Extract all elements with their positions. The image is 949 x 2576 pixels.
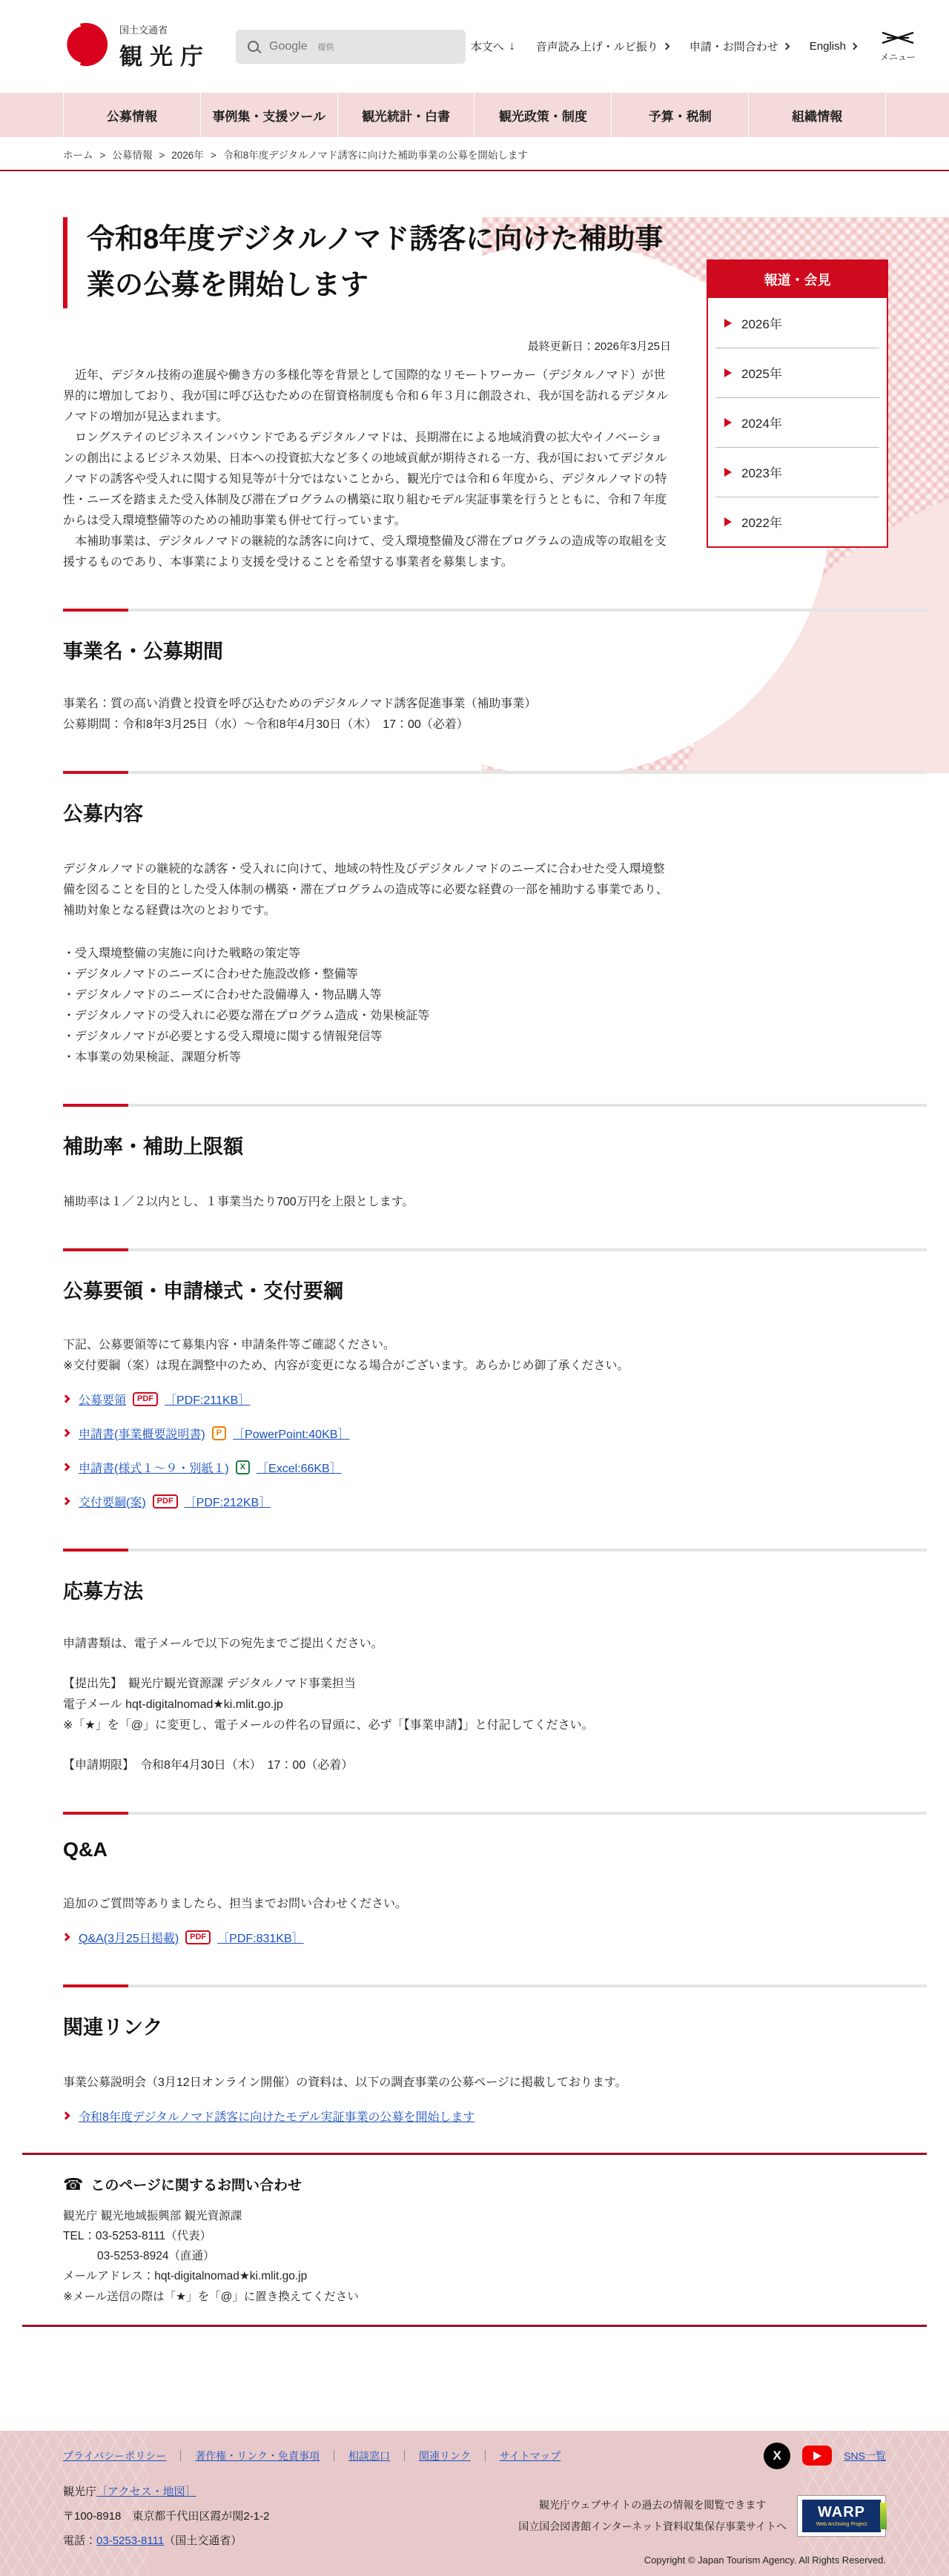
contact-box: ☎ このページに関するお問い合わせ 観光庁 観光地域振興部 観光資源課 TEL：… xyxy=(22,2153,927,2327)
main-nav: 公募情報 事例集・支援ツール 観光統計・白書 観光政策・制度 予算・税制 組織情… xyxy=(0,93,949,137)
content-area: 報道・会見 2026年 2025年 2024年 2023年 2022年 令和8年… xyxy=(0,217,949,2135)
site-header: 国土交通省 観光庁 Google 提供 本文へ ↓ 音声読み上げ・ルビ振り 申請… xyxy=(0,0,949,93)
site-footer: プライバシーポリシー 著作権・リンク・免責事項 相談窓口 関連リンク サイトマッ… xyxy=(0,2431,949,2576)
search-input[interactable]: Google 提供 xyxy=(236,30,466,64)
contact-title-row: ☎ このページに関するお問い合わせ xyxy=(63,2174,886,2194)
intro-paragraphs: 近年、デジタル技術の進展や働き方の多様化等を背景として国際的なリモートワーカー（… xyxy=(63,365,671,573)
related-link[interactable]: 令和8年度デジタルノマド誘客に向けたモデル実証事業の公募を開始します xyxy=(79,2108,475,2125)
footer-postal-address: 〒100-8918 東京都千代田区霞が関2-1-2 xyxy=(63,2504,269,2529)
related-text: 事業公募説明会（3月12日オンライン開催）の資料は、以下の調査事業の公募ページに… xyxy=(63,2073,671,2093)
footer-links-row: プライバシーポリシー 著作権・リンク・免責事項 相談窓口 関連リンク サイトマッ… xyxy=(63,2443,886,2469)
menu-icon xyxy=(881,30,915,48)
agency-name-small: 国土交通省 xyxy=(119,22,211,36)
related-link-row: 令和8年度デジタルノマド誘客に向けたモデル実証事業の公募を開始します xyxy=(63,2104,671,2128)
contact-title: このページに関するお問い合わせ xyxy=(90,2174,302,2194)
apply-line: 電子メール hqt-digitalnomad★ki.mlit.go.jp xyxy=(63,1695,671,1715)
section-divider xyxy=(63,1984,927,1987)
chevron-right-icon xyxy=(62,1933,70,1941)
breadcrumb-rule xyxy=(0,170,949,171)
nav-item-yosan[interactable]: 予算・税制 xyxy=(612,93,749,137)
sns-list-link[interactable]: SNS一覧 xyxy=(844,2448,886,2463)
section-title-content: 公募内容 xyxy=(63,798,671,827)
triangle-icon xyxy=(724,368,732,377)
doc-link-size[interactable]: ［PDF:212KB］ xyxy=(185,1493,271,1510)
search-icon xyxy=(248,41,259,52)
nav-item-soshiki[interactable]: 組織情報 xyxy=(749,93,886,137)
footer-copyright: Copyright © Japan Tourism Agency. All Ri… xyxy=(63,2555,886,2566)
menu-label: メニュー xyxy=(880,50,916,63)
bullet-item: ・デジタルノマドのニーズに合わせた施設改修・整備等 xyxy=(63,964,671,985)
breadcrumb-current: 令和8年度デジタルノマド誘客に向けた補助事業の公募を開始します xyxy=(223,150,528,161)
section-title-qa: Q&A xyxy=(63,1838,671,1861)
doc-link-yoshiki[interactable]: 申請書(様式１～９・別紙１) xyxy=(79,1459,229,1476)
access-map-link[interactable]: ［アクセス・地図］ xyxy=(96,2486,196,2498)
section-title-apply: 応募方法 xyxy=(63,1575,671,1604)
footer-link-privacy[interactable]: プライバシーポリシー xyxy=(63,2448,166,2463)
apply-lines: 申請書類は、電子メールで以下の宛先までご提出ください。 【提出先】 観光庁観光資… xyxy=(63,1634,671,1776)
section-divider xyxy=(63,771,927,774)
contact-email-note: ※メール送信の際は「★」を「@」に置き換えてください xyxy=(63,2287,886,2307)
qa-link[interactable]: Q&A(3月25日掲載) xyxy=(79,1929,179,1946)
footer-separator xyxy=(485,2450,486,2461)
footer-separator xyxy=(404,2450,405,2461)
agency-logo-icon xyxy=(63,21,109,71)
section-title-docs: 公募要領・申請様式・交付要綱 xyxy=(63,1275,671,1304)
nav-item-koubo[interactable]: 公募情報 xyxy=(63,93,201,137)
doc-link-row: 申請書(様式１～９・別紙１) X ［Excel:66KB］ xyxy=(63,1455,671,1479)
doc-link-row: 申請書(事業概要説明書) P ［PowerPoint:40KB］ xyxy=(63,1421,671,1445)
footer-link-copyright-policy[interactable]: 著作権・リンク・免責事項 xyxy=(195,2448,320,2463)
youtube-icon[interactable] xyxy=(802,2446,832,2466)
footer-address-block: 観光庁［アクセス・地図］ 〒100-8918 東京都千代田区霞が関2-1-2 電… xyxy=(63,2480,269,2553)
breadcrumb-home[interactable]: ホーム xyxy=(63,150,93,161)
doc-link-gaiyou[interactable]: 申請書(事業概要説明書) xyxy=(79,1425,205,1442)
footer-link-related[interactable]: 関連リンク xyxy=(419,2448,471,2463)
contact-tel-main: TEL：03-5253-8111（代表） xyxy=(63,2226,886,2246)
x-twitter-icon[interactable]: X xyxy=(764,2443,790,2469)
doc-link-youryou[interactable]: 公募要領 xyxy=(79,1391,126,1408)
chevron-right-icon xyxy=(62,1428,70,1437)
bullet-item: ・受入環境整備の実施に向けた戦略の策定等 xyxy=(63,944,671,964)
apply-line: 【提出先】 観光庁観光資源課 デジタルノマド事業担当 xyxy=(63,1674,671,1695)
apply-line: 申請書類は、電子メールで以下の宛先までご提出ください。 xyxy=(63,1634,671,1655)
period-line: 公募期間：令和8年3月25日（水）～令和8年4月30日（木） 17：00（必着） xyxy=(63,715,671,735)
footer-tel-line: 電話：03-5253-8111（国土交通省） xyxy=(63,2529,269,2553)
footer-separator xyxy=(334,2450,334,2461)
project-name-line: 事業名：質の高い消費と投資を呼び込むためのデジタルノマド誘客促進事業（補助事業） xyxy=(63,694,671,715)
section-divider xyxy=(63,1248,927,1251)
triangle-icon xyxy=(724,517,732,526)
down-arrow-icon: ↓ xyxy=(509,40,515,53)
nav-item-jirei[interactable]: 事例集・支援ツール xyxy=(201,93,338,137)
bullet-item: ・本事業の効果検証、課題分析等 xyxy=(63,1047,671,1068)
docs-notes: 下記、公募要領等にて募集内容・申請条件等ご確認ください。 ※交付要綱（案）は現在… xyxy=(63,1335,671,1377)
apply-deadline-line: 【申請期限】 令和8年4月30日（木） 17：00（必着） xyxy=(63,1755,671,1776)
pdf-file-icon: PDF xyxy=(185,1930,211,1944)
chevron-right-icon xyxy=(782,43,790,50)
doc-link-row: 公募要領 PDF ［PDF:211KB］ xyxy=(63,1387,671,1411)
sidebar-item-2024[interactable]: 2024年 xyxy=(708,397,887,447)
search-placeholder: Google xyxy=(269,40,308,53)
doc-link-koufu[interactable]: 交付要綱(案) xyxy=(79,1493,146,1510)
warp-logo[interactable]: WARP Web Archiving Project xyxy=(797,2495,886,2537)
footer-sns-group: X SNS一覧 xyxy=(764,2443,886,2469)
warp-logo-inner: WARP Web Archiving Project xyxy=(802,2500,881,2532)
sidebar-item-2023[interactable]: 2023年 xyxy=(708,447,887,497)
footer-separator xyxy=(180,2450,181,2461)
section-divider xyxy=(63,1104,927,1107)
application-contact-link[interactable]: 申請・お問合わせ xyxy=(690,39,789,54)
chevron-right-icon xyxy=(62,1497,70,1505)
doc-link-row: 交付要綱(案) PDF ［PDF:212KB］ xyxy=(63,1489,671,1513)
breadcrumb: ホーム>公募情報>2026年>令和8年度デジタルノマド誘客に向けた補助事業の公募… xyxy=(0,137,949,170)
section-title-related: 関連リンク xyxy=(63,2011,671,2040)
contact-tel-direct: 03-5253-8924（直通） xyxy=(63,2246,886,2266)
content-bullets: ・受入環境整備の実施に向けた戦略の策定等 ・デジタルノマドのニーズに合わせた施設… xyxy=(63,944,671,1068)
section-divider xyxy=(63,1812,927,1815)
section-title-rate: 補助率・補助上限額 xyxy=(63,1130,671,1159)
main-content: 令和8年度デジタルノマド誘客に向けた補助事業の公募を開始します 最終更新日：20… xyxy=(63,217,671,2135)
bullet-item: ・デジタルノマドのニーズに合わせた設備導入・物品購入等 xyxy=(63,985,671,1006)
phone-icon: ☎ xyxy=(63,2175,83,2194)
menu-button[interactable]: メニュー xyxy=(880,30,916,63)
section-title-period: 事業名・公募期間 xyxy=(63,635,671,664)
sidebar-item-2025[interactable]: 2025年 xyxy=(708,348,887,397)
apply-line: ※「★」を「@」に変更し、電子メールの件名の冒頭に、必ず「【事業申請】」と付記し… xyxy=(63,1715,671,1736)
doc-link-size[interactable]: ［PowerPoint:40KB］ xyxy=(233,1425,349,1442)
footer-link-sitemap[interactable]: サイトマップ xyxy=(500,2448,561,2463)
section-divider xyxy=(63,609,927,612)
english-link[interactable]: English xyxy=(810,40,856,53)
chevron-right-icon xyxy=(62,2111,70,2119)
content-paragraph: デジタルノマドの継続的な誘客・受入れに向けて、地域の特性及びデジタルノマドのニー… xyxy=(63,859,671,921)
excel-file-icon: X xyxy=(236,1460,250,1474)
footer-warp-group: 観光庁ウェブサイトの過去の情報を閲覧できます 国立国会図書館インターネット資料収… xyxy=(518,2480,886,2553)
warp-description: 観光庁ウェブサイトの過去の情報を閲覧できます 国立国会図書館インターネット資料収… xyxy=(518,2494,787,2538)
bullet-item: ・デジタルノマドが必要とする受入環境に関する情報発信等 xyxy=(63,1027,671,1047)
skip-to-content-link[interactable]: 本文へ ↓ xyxy=(471,39,515,54)
docs-note: 下記、公募要領等にて募集内容・申請条件等ご確認ください。 xyxy=(63,1335,671,1356)
chevron-right-icon xyxy=(62,1394,70,1403)
pdf-file-icon: PDF xyxy=(133,1392,158,1406)
triangle-icon xyxy=(724,468,732,477)
press-sidebar-title: 報道・会見 xyxy=(708,261,887,298)
period-lines: 事業名：質の高い消費と投資を呼び込むためのデジタルノマド誘客促進事業（補助事業）… xyxy=(63,694,671,735)
contact-lines: 観光庁 観光地域振興部 観光資源課 TEL：03-5253-8111（代表） 0… xyxy=(63,2206,886,2307)
footer-link-consultation[interactable]: 相談窓口 xyxy=(348,2448,390,2463)
triangle-icon xyxy=(724,418,732,427)
bullet-item: ・デジタルノマドの受入れに必要な滞在プログラム造成・効果検証等 xyxy=(63,1006,671,1027)
footer-tel-link[interactable]: 03-5253-8111 xyxy=(96,2534,164,2547)
docs-note: ※交付要綱（案）は現在調整中のため、内容が変更になる場合がございます。あらかじめ… xyxy=(63,1356,671,1377)
agency-logo[interactable]: 国土交通省 観光庁 xyxy=(63,21,211,71)
doc-link-size[interactable]: ［PDF:831KB］ xyxy=(217,1929,304,1946)
section-divider xyxy=(63,1549,927,1552)
breadcrumb-koubo[interactable]: 公募情報 xyxy=(112,150,152,161)
utility-nav: 本文へ ↓ 音声読み上げ・ルビ振り 申請・お問合わせ English メニュー xyxy=(471,30,916,63)
intro-paragraph: 本補助事業は、デジタルノマドの継続的な誘客に向けて、受入環境整備及び滞在プログラ… xyxy=(63,532,671,573)
chevron-right-icon xyxy=(62,1463,70,1471)
intro-paragraph: 近年、デジタル技術の進展や働き方の多様化等を背景として国際的なリモートワーカー（… xyxy=(63,365,671,428)
press-sidebar: 報道・会見 2026年 2025年 2024年 2023年 2022年 xyxy=(707,259,888,548)
agency-name-large: 観光庁 xyxy=(119,44,211,70)
contact-email: メールアドレス：hqt-digitalnomad★ki.mlit.go.jp xyxy=(63,2266,886,2286)
chevron-right-icon xyxy=(850,43,858,50)
doc-link-size[interactable]: ［Excel:66KB］ xyxy=(257,1459,342,1476)
sidebar-item-2026[interactable]: 2026年 xyxy=(708,298,887,348)
page-title: 令和8年度デジタルノマド誘客に向けた補助事業の公募を開始します xyxy=(63,217,671,308)
triangle-icon xyxy=(724,319,732,328)
doc-link-row: Q&A(3月25日掲載) PDF ［PDF:831KB］ xyxy=(63,1925,671,1949)
rate-text: 補助率は１／２以内とし、１事業当たり700万円を上限とします。 xyxy=(63,1192,671,1213)
last-updated: 最終更新日：2026年3月25日 xyxy=(63,338,671,354)
footer-info-row: 観光庁［アクセス・地図］ 〒100-8918 東京都千代田区霞が関2-1-2 電… xyxy=(63,2480,886,2553)
agency-logo-text: 国土交通省 観光庁 xyxy=(119,22,211,71)
search-placeholder-suffix: 提供 xyxy=(318,41,334,53)
doc-link-size[interactable]: ［PDF:211KB］ xyxy=(165,1391,250,1408)
contact-department: 観光庁 観光地域振興部 観光資源課 xyxy=(63,2206,886,2226)
breadcrumb-year[interactable]: 2026年 xyxy=(171,150,204,161)
nav-item-seisaku[interactable]: 観光政策・制度 xyxy=(474,93,612,137)
nav-item-toukei[interactable]: 観光統計・白書 xyxy=(338,93,475,137)
intro-paragraph: ロングステイのビジネスインバウンドであるデジタルノマドは、長期滞在による地域消費… xyxy=(63,428,671,532)
qa-text: 追加のご質問等ありましたら、担当までお問い合わせください。 xyxy=(63,1894,671,1915)
sidebar-item-2022[interactable]: 2022年 xyxy=(708,497,887,546)
voice-reading-link[interactable]: 音声読み上げ・ルビ振り xyxy=(536,39,669,54)
chevron-right-icon xyxy=(662,43,669,50)
pdf-file-icon: PDF xyxy=(153,1494,178,1509)
powerpoint-file-icon: P xyxy=(212,1426,226,1440)
footer-office-line: 観光庁［アクセス・地図］ xyxy=(63,2480,269,2504)
